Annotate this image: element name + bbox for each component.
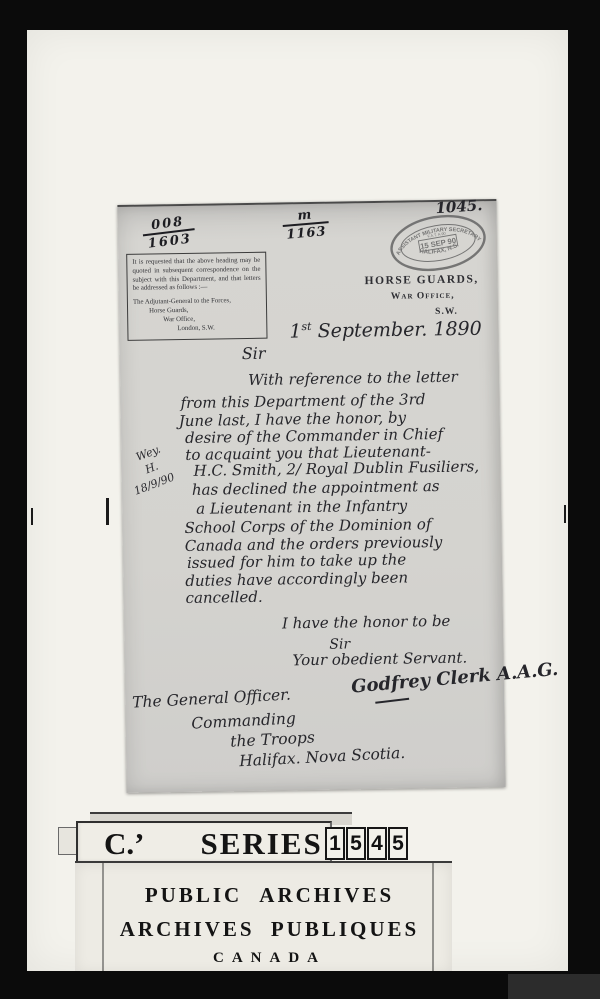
docket-reference-number: m 1163 [281, 206, 330, 243]
series-digit-tile: 5 [346, 827, 366, 860]
letterhead-line: S.W. [435, 307, 458, 317]
film-bottom-patch [508, 974, 600, 999]
salutation: Sir [242, 344, 266, 363]
archives-title-fr: ARCHIVES PUBLIQUES [105, 917, 434, 942]
archives-country: CANADA [105, 950, 434, 967]
closing-line: I have the honor to be [282, 612, 451, 633]
series-label-strip: C.’ SERIES [76, 821, 332, 866]
series-prefix-label: C.’ [104, 826, 144, 862]
notice-paragraph: It is requested that the above heading m… [132, 257, 261, 294]
series-digit-tile: 5 [388, 827, 408, 860]
archives-stamp-card: PUBLIC ARCHIVES ARCHIVES PUBLIQUES CANAD… [75, 861, 452, 974]
date-rest: September. 1890 [311, 318, 482, 343]
notice-address-line: London, S.W. [133, 324, 261, 335]
date-line: 1st September. 1890 [289, 317, 482, 342]
printed-notice-box: It is requested that the above heading m… [126, 252, 267, 341]
file-reference-number: 008 1603 [141, 213, 197, 252]
microfilm-frame: 008 1603 m 1163 1045. ASSISTANT MILITARY… [0, 0, 600, 999]
registration-mark-left-inner [106, 498, 109, 525]
date-day: 1 [289, 320, 301, 342]
letterhead-line: War Office, [391, 291, 455, 302]
notice-address: The Adjutant-General to the Forces, Hors… [133, 297, 262, 334]
body-line: a Lieutenant in the Infantry [196, 497, 407, 518]
received-stamp-icon: ASSISTANT MILITARY SECRETARY F.A.T. A-90… [384, 206, 492, 280]
date-suffix: st [301, 320, 311, 333]
docket-ref-denominator: 1163 [283, 221, 330, 243]
body-line: With reference to the letter [248, 368, 458, 389]
closing-line: Your obedient Servant. [292, 649, 467, 670]
series-word-label: SERIES [200, 826, 322, 862]
series-digit-tile: 1 [325, 827, 345, 860]
letterhead-line: HORSE GUARDS, [365, 273, 479, 287]
addressee-block: The General Officer. Commanding the Troo… [132, 680, 406, 776]
body-line: duties have accordingly been [185, 568, 408, 589]
registration-mark-right [564, 505, 566, 523]
archives-text-block: PUBLIC ARCHIVES ARCHIVES PUBLIQUES CANAD… [105, 863, 434, 967]
archives-title-en: PUBLIC ARCHIVES [105, 883, 434, 908]
registration-mark-left-outer [31, 508, 33, 525]
body-line: cancelled. [185, 588, 262, 607]
series-number-tiles: 1 5 4 5 [325, 827, 408, 860]
card-edge-line [102, 863, 104, 973]
series-digit-tile: 4 [367, 827, 387, 860]
margin-note: Wey. H. 18/9/90 [121, 441, 177, 499]
letter-page: 008 1603 m 1163 1045. ASSISTANT MILITARY… [117, 199, 505, 793]
